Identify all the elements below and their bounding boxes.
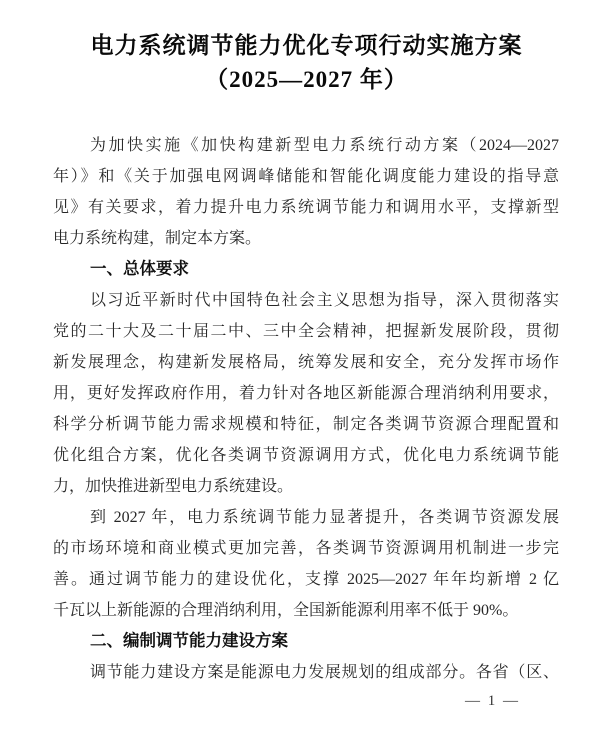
paragraph: 到 2027 年，电力系统调节能力显著提升，各类调节资源发展的市场环境和商业模式… bbox=[53, 502, 559, 626]
text-line: 党的二十大及二十届二中、三中全会精神，把握新发展阶段，贯彻 bbox=[53, 316, 559, 347]
text-line: 科学分析调节能力需求规模和特征，制定各类调节资源合理配置和 bbox=[53, 409, 559, 440]
text-line: 到 2027 年，电力系统调节能力显著提升，各类调节资源发展 bbox=[53, 502, 559, 533]
section-heading: 一、总体要求 bbox=[53, 254, 559, 285]
doc-title-line2: （2025—2027 年） bbox=[0, 63, 613, 97]
paragraph: 调节能力建设方案是能源电力发展规划的组成部分。各省（区、 bbox=[53, 657, 559, 688]
text-line: 为加快实施《加快构建新型电力系统行动方案（2024—2027 bbox=[53, 130, 559, 161]
text-line: 优化组合方案，优化各类调节资源调用方式，优化电力系统调节能 bbox=[53, 440, 559, 471]
text-line: 的市场环境和商业模式更加完善，各类调节资源调用机制进一步完 bbox=[53, 533, 559, 564]
text-line: 见》有关要求，着力提升电力系统调节能力和调用水平，支撑新型 bbox=[53, 192, 559, 223]
text-line: 新发展理念，构建新发展格局，统筹发展和安全，充分发挥市场作 bbox=[53, 347, 559, 378]
text-line: 用，更好发挥政府作用，着力针对各地区新能源合理消纳利用要求， bbox=[53, 378, 559, 409]
doc-title: 电力系统调节能力优化专项行动实施方案 （2025—2027 年） bbox=[0, 29, 613, 97]
text-line: 以习近平新时代中国特色社会主义思想为指导，深入贯彻落实 bbox=[53, 285, 559, 316]
section-heading: 二、编制调节能力建设方案 bbox=[53, 626, 559, 657]
paragraph: 为加快实施《加快构建新型电力系统行动方案（2024—2027年）》和《关于加强电… bbox=[53, 130, 559, 254]
paragraph: 以习近平新时代中国特色社会主义思想为指导，深入贯彻落实党的二十大及二十届二中、三… bbox=[53, 285, 559, 502]
page-number: — 1 — bbox=[465, 691, 520, 711]
doc-title-line1: 电力系统调节能力优化专项行动实施方案 bbox=[0, 29, 613, 63]
document-page: 电力系统调节能力优化专项行动实施方案 （2025—2027 年） 为加快实施《加… bbox=[0, 0, 613, 734]
text-line: 年）》和《关于加强电网调峰储能和智能化调度能力建设的指导意 bbox=[53, 161, 559, 192]
text-line: 电力系统构建，制定本方案。 bbox=[53, 223, 559, 254]
text-line: 调节能力建设方案是能源电力发展规划的组成部分。各省（区、 bbox=[53, 657, 559, 688]
text-line: 善。通过调节能力的建设优化，支撑 2025—2027 年年均新增 2 亿 bbox=[53, 564, 559, 595]
doc-body: 为加快实施《加快构建新型电力系统行动方案（2024—2027年）》和《关于加强电… bbox=[53, 130, 559, 688]
text-line: 千瓦以上新能源的合理消纳利用，全国新能源利用率不低于 90%。 bbox=[53, 595, 559, 626]
text-line: 力，加快推进新型电力系统建设。 bbox=[53, 471, 559, 502]
